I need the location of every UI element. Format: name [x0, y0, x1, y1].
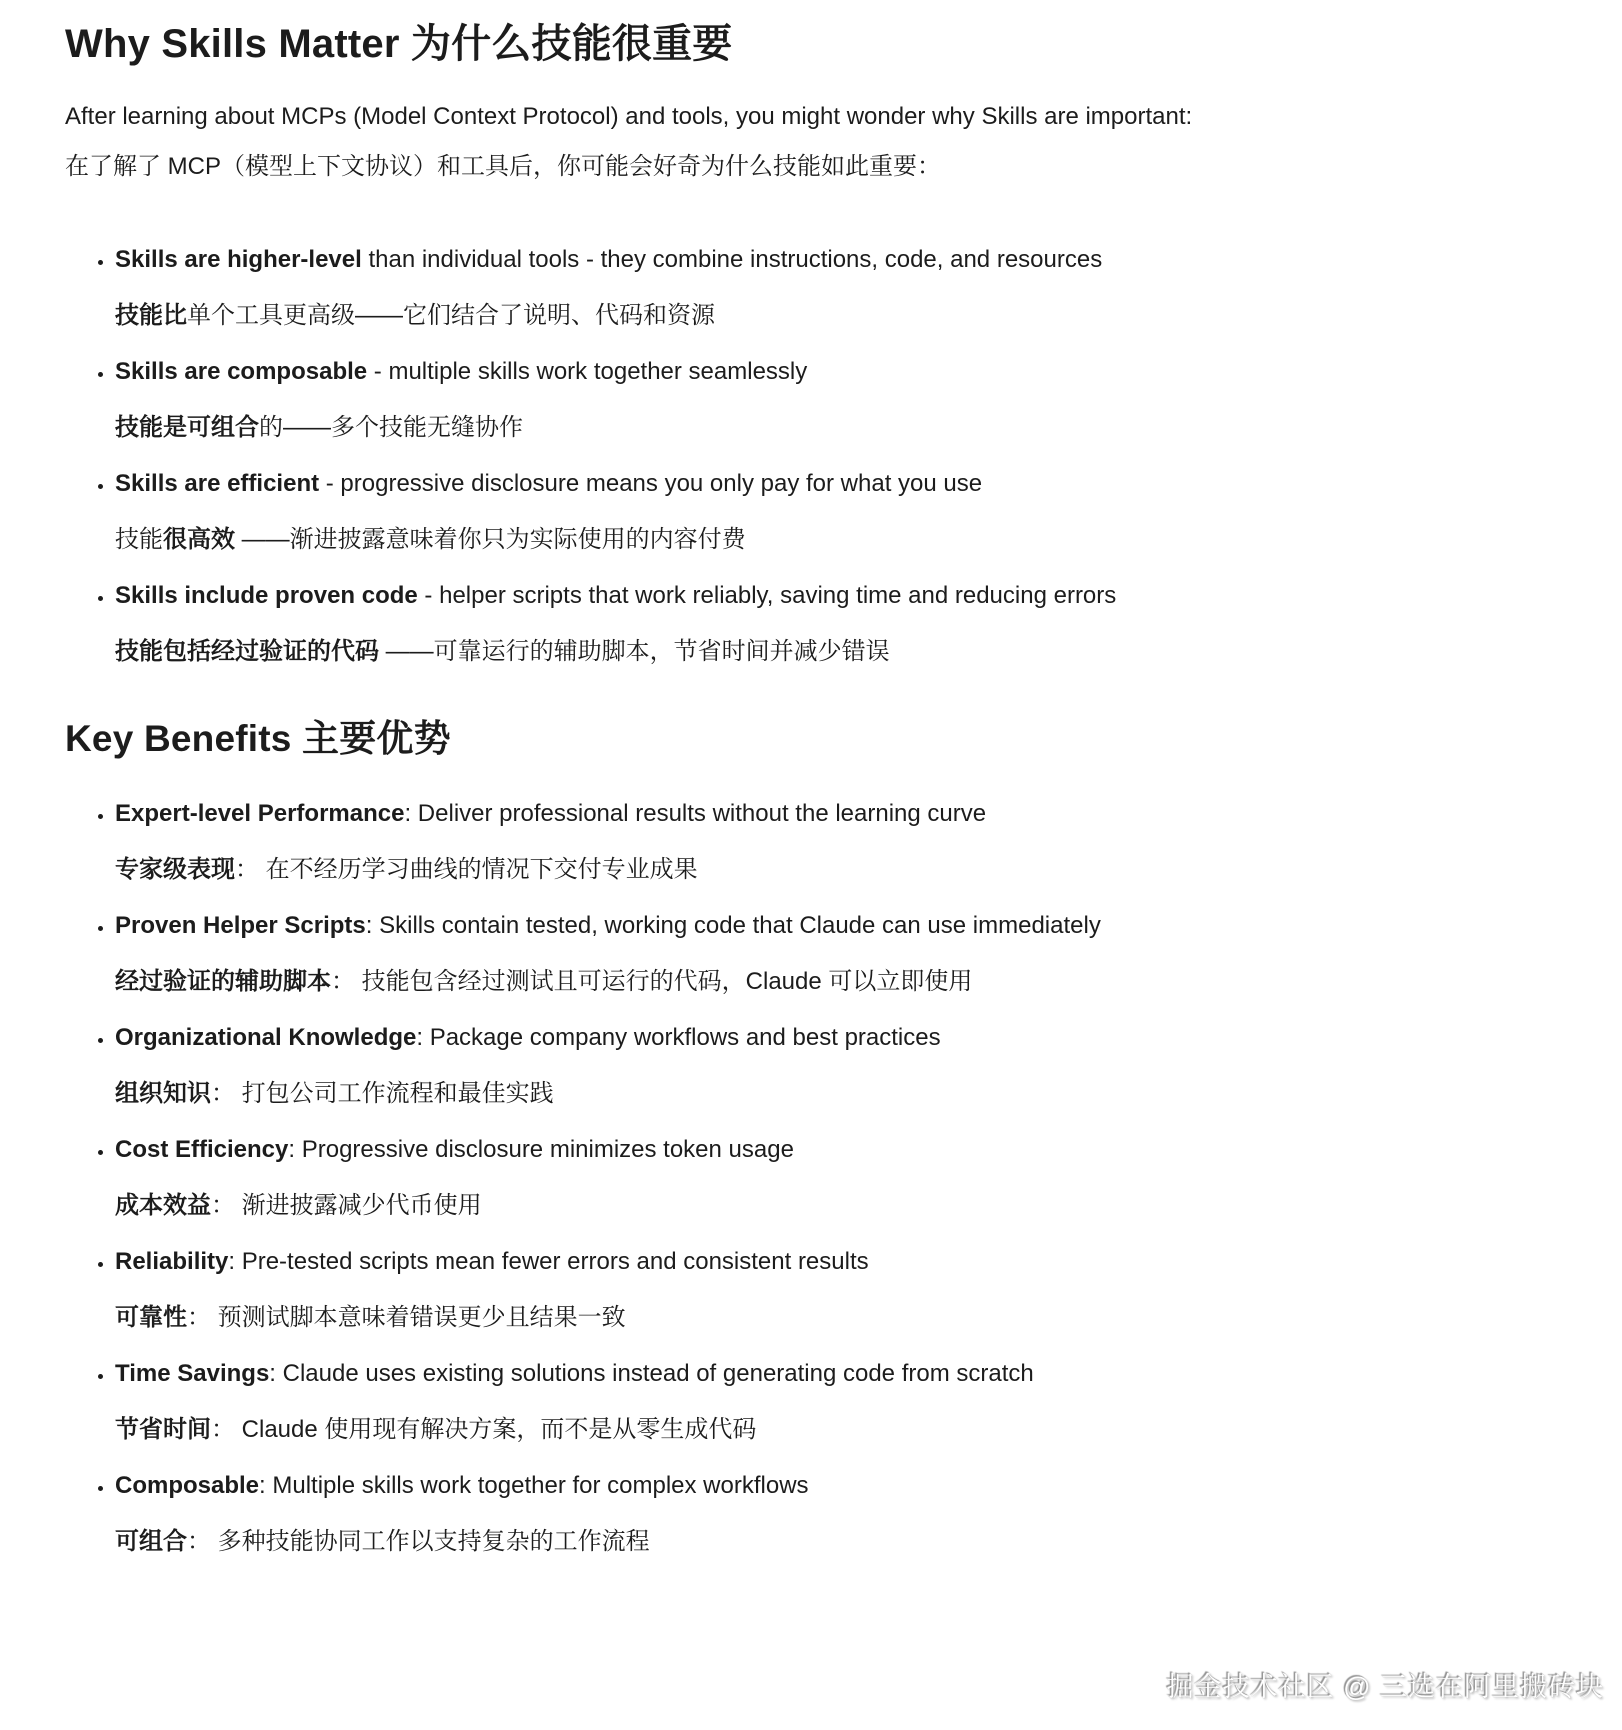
list-item: Skills include proven code - helper scri…: [115, 568, 1557, 680]
bullet-en-line: Skills are composable - multiple skills …: [115, 344, 1557, 400]
bullet-en-line: Skills are higher-level than individual …: [115, 232, 1557, 288]
list-item: Composable: Multiple skills work togethe…: [115, 1458, 1557, 1570]
list-item: Reliability: Pre-tested scripts mean few…: [115, 1234, 1557, 1346]
bullet-en-bold: Time Savings: [115, 1360, 269, 1387]
bullet-en-text: : Multiple skills work together for comp…: [259, 1472, 809, 1499]
bullet-en-line: Cost Efficiency: Progressive disclosure …: [115, 1122, 1557, 1178]
bullet-zh-bold: 专家级表现: [115, 856, 235, 883]
list-item: Expert-level Performance: Deliver profes…: [115, 786, 1557, 898]
bullet-zh-bold: 技能包括经过验证的代码: [115, 638, 379, 665]
page-title: Why Skills Matter 为什么技能很重要: [65, 20, 1557, 68]
bullet-zh-bold: 技能比: [115, 302, 187, 329]
bullet-en-bold: Skills are composable: [115, 358, 367, 385]
bullet-en-line: Reliability: Pre-tested scripts mean few…: [115, 1234, 1557, 1290]
bullet-en-line: Expert-level Performance: Deliver profes…: [115, 786, 1557, 842]
bullet-en-text: : Deliver professional results without t…: [404, 800, 986, 827]
bullet-en-line: Skills are efficient - progressive discl…: [115, 456, 1557, 512]
bullet-en-text: - progressive disclosure means you only …: [319, 470, 982, 497]
bullet-zh-line: 技能包括经过验证的代码 ——可靠运行的辅助脚本，节省时间并减少错误: [115, 624, 1557, 680]
bullet-zh-text: ： 渐进披露减少代币使用: [211, 1192, 482, 1219]
bullet-en-bold: Expert-level Performance: [115, 800, 404, 827]
bullet-en-text: : Pre-tested scripts mean fewer errors a…: [228, 1248, 868, 1275]
bullet-en-line: Time Savings: Claude uses existing solut…: [115, 1346, 1557, 1402]
bullet-zh-line: 技能比单个工具更高级——它们结合了说明、代码和资源: [115, 288, 1557, 344]
bullet-zh-bold: 很高效: [163, 526, 235, 553]
bullet-zh-bold: 经过验证的辅助脚本: [115, 968, 331, 995]
list-item: Proven Helper Scripts: Skills contain te…: [115, 898, 1557, 1010]
bullet-zh-text: ——渐进披露意味着你只为实际使用的内容付费: [235, 526, 746, 553]
bullet-zh-bold: 节省时间: [115, 1416, 211, 1443]
list-item: Cost Efficiency: Progressive disclosure …: [115, 1122, 1557, 1234]
bullet-zh-text: 单个工具更高级——它们结合了说明、代码和资源: [187, 302, 715, 329]
bullet-en-bold: Organizational Knowledge: [115, 1024, 416, 1051]
bullet-zh-text: ： 技能包含经过测试且可运行的代码，Claude 可以立即使用: [331, 968, 972, 995]
why-skills-list: Skills are higher-level than individual …: [65, 232, 1557, 680]
bullet-zh-line: 技能是可组合的——多个技能无缝协作: [115, 400, 1557, 456]
key-benefits-list: Expert-level Performance: Deliver profes…: [65, 786, 1557, 1570]
bullet-zh-text: ： 多种技能协同工作以支持复杂的工作流程: [187, 1528, 650, 1555]
bullet-zh-line: 可组合： 多种技能协同工作以支持复杂的工作流程: [115, 1514, 1557, 1570]
bullet-zh-bold: 成本效益: [115, 1192, 211, 1219]
bullet-en-bold: Reliability: [115, 1248, 228, 1275]
bullet-zh-bold: 可组合: [115, 1528, 187, 1555]
bullet-en-bold: Composable: [115, 1472, 259, 1499]
bullet-zh-pre: 技能: [115, 526, 163, 553]
bullet-en-bold: Cost Efficiency: [115, 1136, 288, 1163]
bullet-zh-text: ——可靠运行的辅助脚本，节省时间并减少错误: [379, 638, 890, 665]
bullet-zh-line: 技能很高效 ——渐进披露意味着你只为实际使用的内容付费: [115, 512, 1557, 568]
bullet-en-text: than individual tools - they combine ins…: [362, 246, 1102, 273]
bullet-en-bold: Skills are efficient: [115, 470, 319, 497]
bullet-zh-text: ： 打包公司工作流程和最佳实践: [211, 1080, 554, 1107]
bullet-en-line: Skills include proven code - helper scri…: [115, 568, 1557, 624]
list-item: Skills are efficient - progressive discl…: [115, 456, 1557, 568]
bullet-en-text: - multiple skills work together seamless…: [367, 358, 807, 385]
bullet-zh-text: ： 在不经历学习曲线的情况下交付专业成果: [235, 856, 698, 883]
list-item: Organizational Knowledge: Package compan…: [115, 1010, 1557, 1122]
bullet-en-bold: Skills are higher-level: [115, 246, 362, 273]
bullet-en-line: Proven Helper Scripts: Skills contain te…: [115, 898, 1557, 954]
bullet-en-text: : Skills contain tested, working code th…: [366, 912, 1101, 939]
bullet-zh-line: 专家级表现： 在不经历学习曲线的情况下交付专业成果: [115, 842, 1557, 898]
bullet-zh-line: 成本效益： 渐进披露减少代币使用: [115, 1178, 1557, 1234]
bullet-zh-bold: 组织知识: [115, 1080, 211, 1107]
bullet-zh-line: 经过验证的辅助脚本： 技能包含经过测试且可运行的代码，Claude 可以立即使用: [115, 954, 1557, 1010]
bullet-zh-text: ： Claude 使用现有解决方案，而不是从零生成代码: [211, 1416, 756, 1443]
bullet-zh-line: 组织知识： 打包公司工作流程和最佳实践: [115, 1066, 1557, 1122]
bullet-en-text: : Claude uses existing solutions instead…: [269, 1360, 1033, 1387]
bullet-en-line: Organizational Knowledge: Package compan…: [115, 1010, 1557, 1066]
list-item: Skills are higher-level than individual …: [115, 232, 1557, 344]
bullet-en-text: - helper scripts that work reliably, sav…: [418, 582, 1117, 609]
section-heading-key-benefits: Key Benefits 主要优势: [65, 716, 1557, 762]
bullet-zh-bold: 技能是可组合: [115, 414, 259, 441]
list-item: Skills are composable - multiple skills …: [115, 344, 1557, 456]
bullet-zh-text: ： 预测试脚本意味着错误更少且结果一致: [187, 1304, 626, 1331]
watermark: 掘金技术社区 @ 三选在阿里搬砖块: [1167, 1665, 1604, 1704]
bullet-zh-line: 可靠性： 预测试脚本意味着错误更少且结果一致: [115, 1290, 1557, 1346]
bullet-zh-bold: 可靠性: [115, 1304, 187, 1331]
bullet-en-line: Composable: Multiple skills work togethe…: [115, 1458, 1557, 1514]
list-item: Time Savings: Claude uses existing solut…: [115, 1346, 1557, 1458]
intro-paragraph-en: After learning about MCPs (Model Context…: [65, 92, 1557, 142]
bullet-zh-text: 的——多个技能无缝协作: [259, 414, 523, 441]
bullet-en-bold: Proven Helper Scripts: [115, 912, 366, 939]
bullet-en-text: : Progressive disclosure minimizes token…: [288, 1136, 794, 1163]
bullet-en-text: : Package company workflows and best pra…: [416, 1024, 940, 1051]
bullet-zh-line: 节省时间： Claude 使用现有解决方案，而不是从零生成代码: [115, 1402, 1557, 1458]
intro-paragraph-zh: 在了解了 MCP（模型上下文协议）和工具后，你可能会好奇为什么技能如此重要：: [65, 142, 1557, 192]
document-page: Why Skills Matter 为什么技能很重要 After learnin…: [0, 0, 1622, 1570]
bullet-en-bold: Skills include proven code: [115, 582, 418, 609]
